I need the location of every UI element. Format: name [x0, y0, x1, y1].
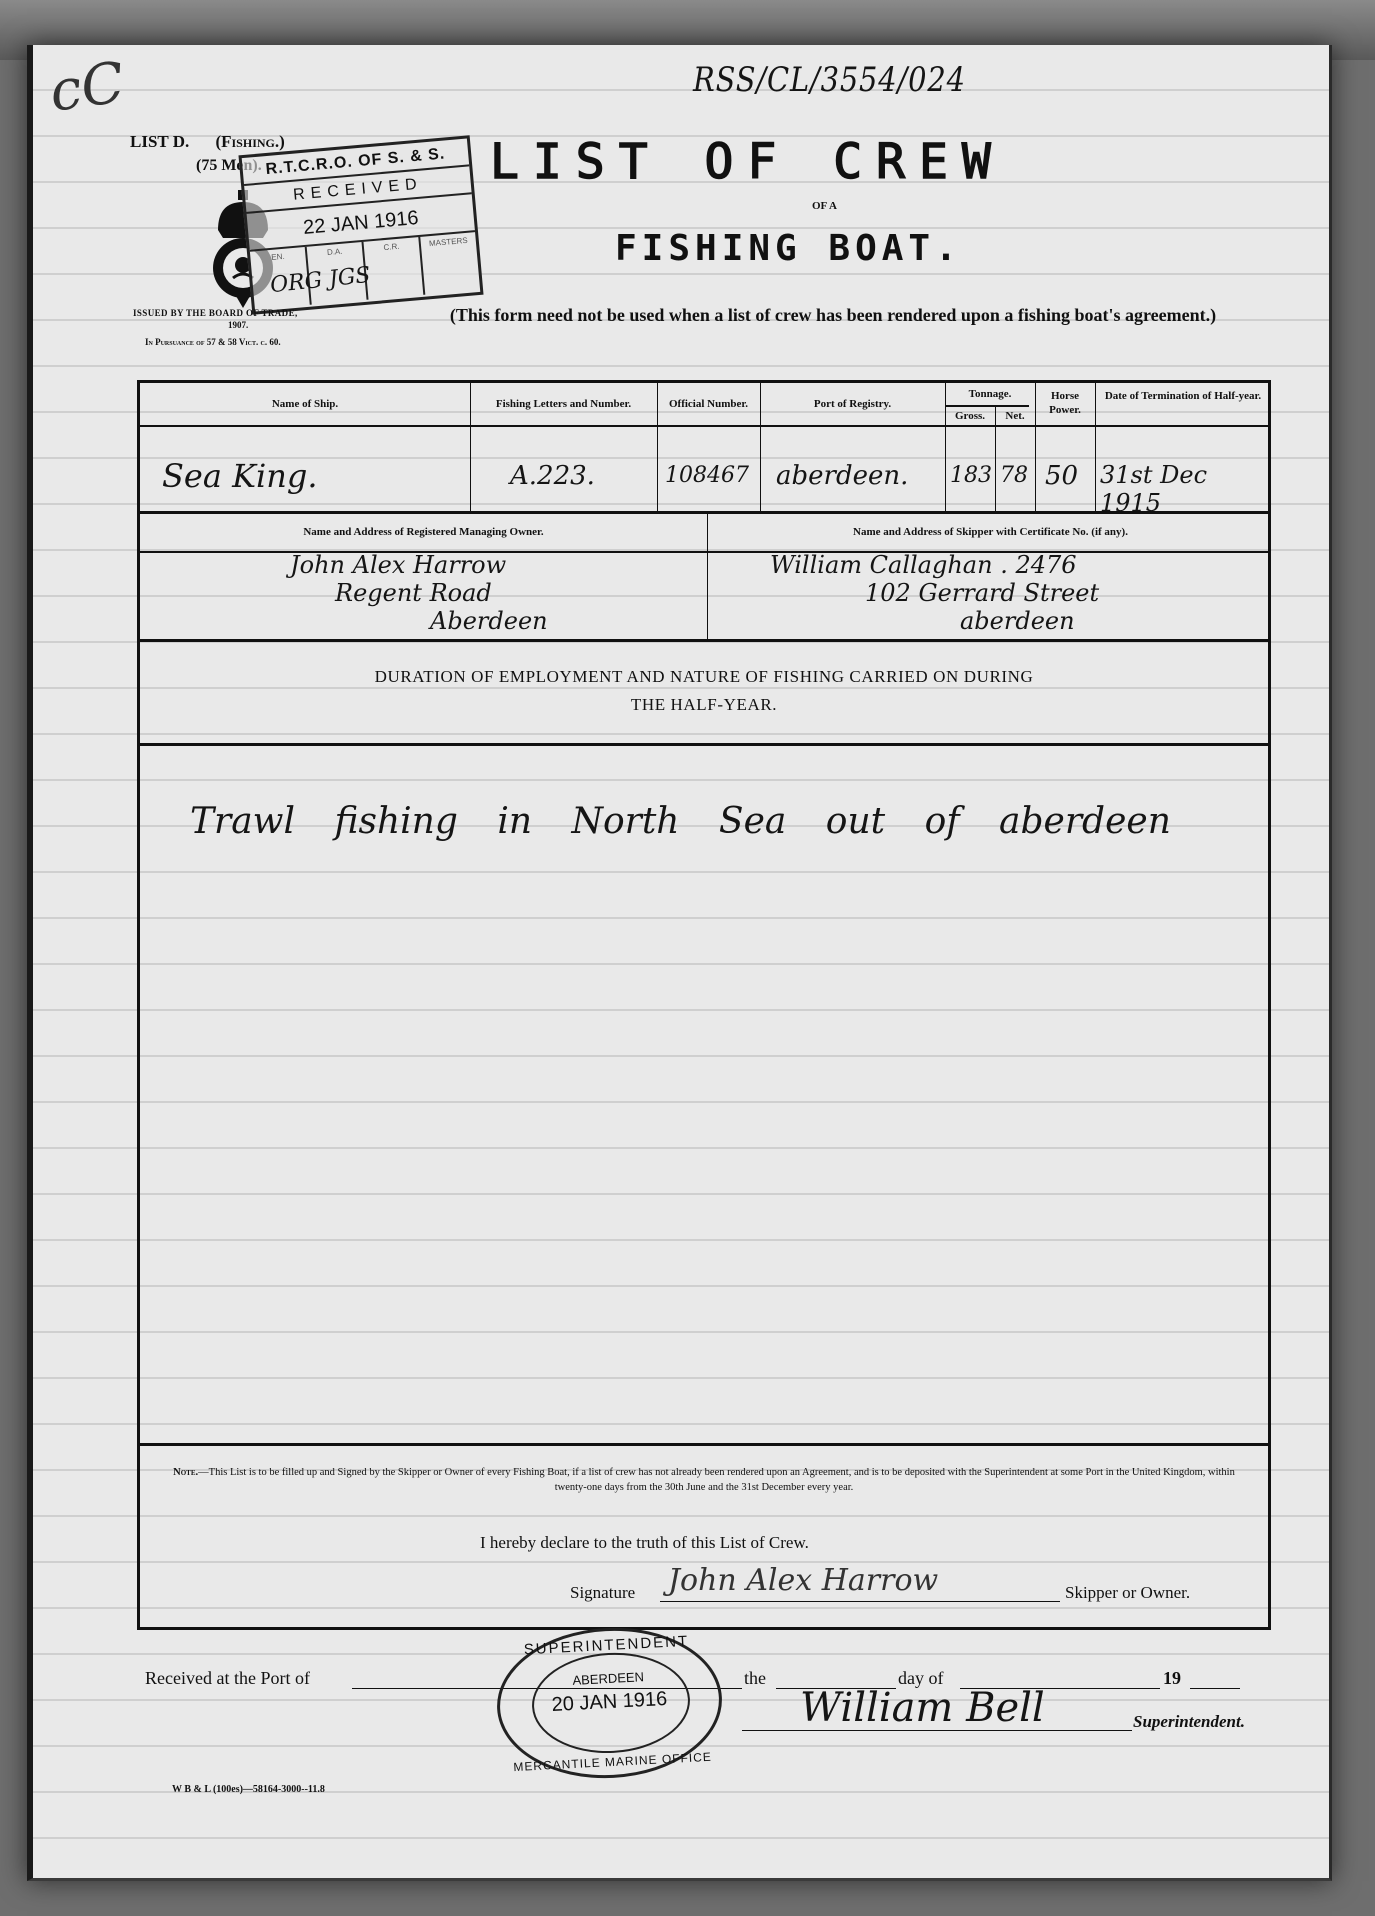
crew-form: Name of Ship. Fishing Letters and Number…: [137, 380, 1271, 1630]
signature-suffix: Skipper or Owner.: [1065, 1583, 1190, 1603]
superintendent-stamp: SUPERINTENDENT ABERDEEN 20 JAN 1916 MERC…: [493, 1622, 726, 1784]
employment-heading: DURATION OF EMPLOYMENT AND NATURE OF FIS…: [140, 663, 1268, 719]
divider: [140, 511, 1268, 514]
year-blank-line: [1190, 1688, 1240, 1689]
signature-label: Signature: [570, 1583, 635, 1603]
stamp-cell: C.R.: [363, 237, 425, 300]
divider: [140, 425, 1268, 427]
pursuance-act: In Pursuance of 57 & 58 Vict. c. 60.: [145, 337, 281, 347]
horse-power-value: 50: [1045, 461, 1078, 491]
list-type: (Fishing.): [215, 132, 284, 151]
the-label: the: [744, 1668, 766, 1689]
divider: [945, 405, 1029, 407]
header-termination-date: Date of Termination of Half-year.: [1095, 389, 1271, 403]
header-fishing-letters: Fishing Letters and Number.: [470, 397, 657, 411]
employment-heading-line2: THE HALF-YEAR.: [140, 691, 1268, 719]
termination-date-value: 31st Dec 1915: [1100, 461, 1268, 517]
divider: [140, 639, 1268, 642]
employment-value: Trawl fishing in North Sea out of aberde…: [190, 801, 1171, 842]
fishing-letters-value: A.223.: [510, 461, 595, 491]
issued-by: ISSUED BY THE BOARD OF TRADE,: [133, 308, 298, 318]
header-ship-name: Name of Ship.: [140, 397, 470, 411]
note-label: Note.: [173, 1467, 198, 1478]
header-skipper: Name and Address of Skipper with Certifi…: [707, 525, 1274, 539]
employment-heading-line1: DURATION OF EMPLOYMENT AND NATURE OF FIS…: [140, 663, 1268, 691]
skipper-street: 102 Gerrard Street: [865, 579, 1099, 607]
signature-line: [660, 1601, 1060, 1602]
list-label: LIST D. (Fishing.): [130, 132, 285, 152]
divider: [945, 383, 946, 511]
net-value: 78: [1000, 463, 1028, 488]
divider: [140, 1443, 1268, 1446]
owner-street: Regent Road: [335, 579, 492, 607]
page-title: LIST OF CREW: [490, 134, 1005, 190]
ship-name-value: Sea King.: [162, 457, 318, 495]
issued-year: 1907.: [228, 320, 248, 330]
form-notice: (This form need not be used when a list …: [428, 302, 1238, 329]
reference-number: RSS/CL/3554/024: [693, 60, 966, 100]
owner-name: John Alex Harrow: [290, 551, 506, 579]
note-text: —This List is to be filled up and Signed…: [198, 1467, 1235, 1493]
header-owner: Name and Address of Registered Managing …: [140, 525, 707, 539]
page-subtitle: FISHING BOAT.: [615, 228, 962, 269]
signature-value: John Alex Harrow: [668, 1563, 938, 1598]
printer-code: W B & L (100es)—58164-3000--11.8: [172, 1784, 325, 1795]
received-port-label: Received at the Port of: [145, 1668, 310, 1689]
declaration-statement: I hereby declare to the truth of this Li…: [480, 1533, 809, 1553]
superintendent-label: Superintendent.: [1133, 1712, 1245, 1732]
stamp-cell: MASTERS: [420, 232, 480, 295]
corner-mark: cC: [46, 50, 129, 125]
divider: [140, 743, 1268, 746]
port-value: aberdeen.: [776, 461, 908, 491]
title-connector: OF A: [812, 200, 837, 212]
header-port: Port of Registry.: [760, 397, 945, 411]
header-horse-power: Horse Power.: [1035, 389, 1095, 417]
gross-value: 183: [950, 463, 992, 488]
header-gross: Gross.: [945, 409, 995, 423]
skipper-name: William Callaghan . 2476: [770, 551, 1077, 579]
official-number-value: 108467: [665, 463, 749, 488]
skipper-city: aberdeen: [960, 607, 1075, 635]
list-label-text: LIST D.: [130, 132, 189, 151]
header-tonnage: Tonnage.: [945, 387, 1035, 401]
owner-city: Aberdeen: [430, 607, 548, 635]
superintendent-signature: William Bell: [800, 1685, 1045, 1731]
header-official-number: Official Number.: [657, 397, 760, 411]
form-note: Note.—This List is to be filled up and S…: [160, 1465, 1248, 1495]
year-prefix: 19: [1163, 1668, 1181, 1689]
header-net: Net.: [995, 409, 1035, 423]
